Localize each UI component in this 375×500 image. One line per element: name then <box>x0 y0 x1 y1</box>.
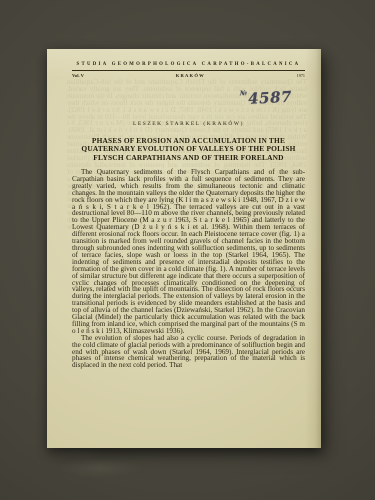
journal-page: The Quaternary sediments of the Flysch C… <box>47 49 321 448</box>
journal-year: 1971 <box>297 73 305 79</box>
journal-series-title: STUDIA GEOMORPHOLOGICA CARPATHO-BALCANIC… <box>72 62 305 67</box>
body-paragraph-1: The Quaternary sediments of the Flysch C… <box>72 169 305 335</box>
body-paragraph-2: The evolution of slopes had also a cycli… <box>72 335 305 370</box>
stamp-number: 4587 <box>248 88 293 108</box>
journal-city: KRAKÓW <box>176 73 205 79</box>
article-title: PHASES OF EROSION AND ACCUMULATION IN TH… <box>72 137 305 162</box>
journal-volume: Vol. V <box>72 73 84 79</box>
library-stamp: №4587 <box>239 84 292 108</box>
stamp-number-prefix: № <box>240 89 247 97</box>
article-title-line-3: FLYSCH CARPATHIANS AND OF THEIR FORELAND <box>72 154 305 162</box>
article-body: The Quaternary sediments of the Flysch C… <box>72 169 305 369</box>
header-rule <box>72 70 305 71</box>
journal-imprint-row: Vol. V KRAKÓW 1971 <box>72 73 305 79</box>
photo-backdrop: The Quaternary sediments of the Flysch C… <box>0 0 375 500</box>
article-author: LESZEK STARKEL (KRAKÓW) <box>72 121 305 127</box>
